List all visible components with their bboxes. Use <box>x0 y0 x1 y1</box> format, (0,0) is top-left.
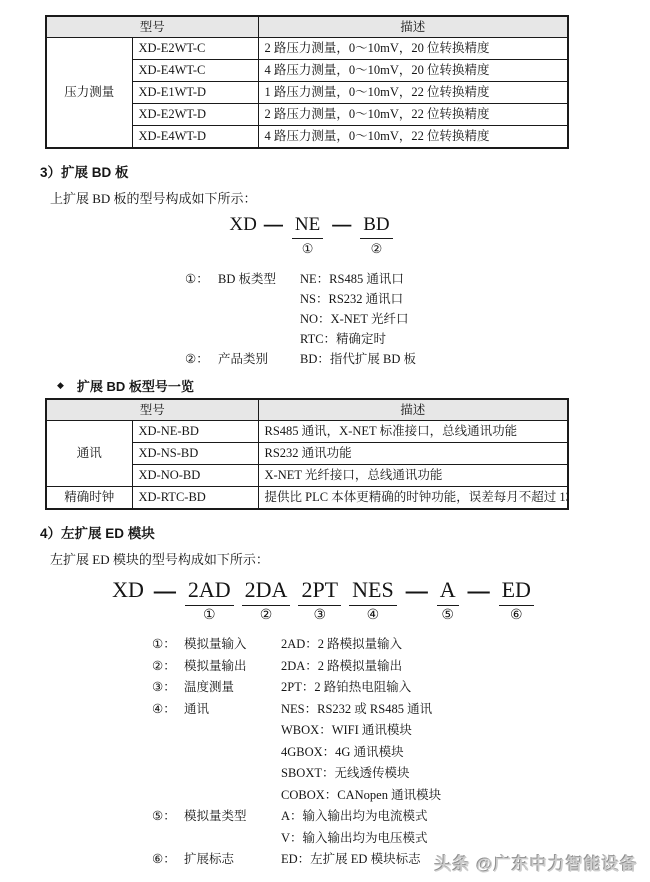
model-segment: ED ⑥ <box>499 576 534 624</box>
note-row: SBOXT：无线透传模块 <box>152 763 650 785</box>
note-value: NS：RS232 通讯口 <box>300 289 650 309</box>
table-row: 通讯 XD-NE-BD RS485 通讯，X-NET 标准接口，总线通讯功能 <box>46 421 568 443</box>
note-value: A：输入输出均为电流模式 <box>281 806 650 828</box>
model-segment: 2DA ② <box>242 576 291 624</box>
segment-number: ④ <box>367 608 380 624</box>
note-label: 产品类别 <box>218 349 300 369</box>
note-row: ①： BD 板类型 NE：RS485 通讯口 <box>185 269 650 289</box>
section-4-heading: 4）左扩展 ED 模块 <box>40 522 650 542</box>
model-segment: NES ④ <box>349 576 397 624</box>
note-number: ①： <box>185 269 218 289</box>
desc-cell: 1 路压力测量，0～10mV，22 位转换精度 <box>258 82 568 104</box>
note-row: WBOX：WIFI 通讯模块 <box>152 720 650 742</box>
note-value: 2DA：2 路模拟量输出 <box>281 656 650 678</box>
note-label: 通讯 <box>184 699 281 721</box>
segment-number: ② <box>260 608 273 624</box>
note-row: ②： 模拟量输出 2DA：2 路模拟量输出 <box>152 656 650 678</box>
note-value: 2AD：2 路模拟量输入 <box>281 634 650 656</box>
section-4-intro: 左扩展 ED 模块的型号构成如下所示： <box>50 549 650 568</box>
pressure-model-table: 型号 描述 压力测量 XD-E2WT-C 2 路压力测量，0～10mV，20 位… <box>45 15 569 149</box>
table-row: 精确时钟 XD-RTC-BD 提供比 PLC 本体更精确的时钟功能，误差每月不超… <box>46 487 568 510</box>
segment-number: ① <box>302 241 314 257</box>
note-value: BD：指代扩展 BD 板 <box>300 349 650 369</box>
segment-text: NES <box>349 576 397 606</box>
note-value: V：输入输出均为电压模式 <box>281 828 650 850</box>
model-dash: — <box>264 209 283 240</box>
desc-cell: 4 路压力测量，0～10mV，22 位转换精度 <box>258 126 568 149</box>
model-dash: — <box>332 209 351 240</box>
segment-text: NE <box>292 213 323 239</box>
model-dash: — <box>468 572 490 608</box>
model-prefix: XD <box>112 576 144 604</box>
model-segment: A ⑤ <box>437 576 459 624</box>
model-segment: NE ① <box>292 213 323 257</box>
note-row: ⑤： 模拟量类型 A：输入输出均为电流模式 <box>152 806 650 828</box>
note-row: RTC：精确定时 <box>185 329 650 349</box>
table-header-row: 型号 描述 <box>46 399 568 421</box>
note-row: 4GBOX：4G 通讯模块 <box>152 742 650 764</box>
note-row: ①： 模拟量输入 2AD：2 路模拟量输入 <box>152 634 650 656</box>
note-row: NS：RS232 通讯口 <box>185 289 650 309</box>
segment-number: ① <box>203 608 216 624</box>
note-value: SBOXT：无线透传模块 <box>281 763 650 785</box>
note-label: 模拟量输出 <box>184 656 281 678</box>
note-value: WBOX：WIFI 通讯模块 <box>281 720 650 742</box>
model-cell: XD-E2WT-D <box>132 104 258 126</box>
category-cell: 压力测量 <box>46 38 132 149</box>
model-cell: XD-NO-BD <box>132 465 258 487</box>
model-cell: XD-NE-BD <box>132 421 258 443</box>
note-number: ⑥： <box>152 849 184 871</box>
note-value: COBOX：CANopen 通讯模块 <box>281 785 650 807</box>
model-cell: XD-E4WT-C <box>132 60 258 82</box>
desc-cell: RS232 通讯功能 <box>258 443 568 465</box>
ed-notes: ①： 模拟量输入 2AD：2 路模拟量输入 ②： 模拟量输出 2DA：2 路模拟… <box>152 634 650 871</box>
note-number: ④： <box>152 699 184 721</box>
segment-text: 2DA <box>242 576 291 606</box>
table-row: 压力测量 XD-E2WT-C 2 路压力测量，0～10mV，20 位转换精度 <box>46 38 568 60</box>
desc-cell: 提供比 PLC 本体更精确的时钟功能，误差每月不超过 13 秒 <box>258 487 568 510</box>
note-number: ①： <box>152 634 184 656</box>
desc-cell: X-NET 光纤接口，总线通讯功能 <box>258 465 568 487</box>
ed-model-diagram: XD — 2AD ① 2DA ② 2PT ③ NES ④ — A ⑤ — ED … <box>112 576 538 624</box>
segment-number: ⑥ <box>510 608 523 624</box>
desc-cell: RS485 通讯，X-NET 标准接口，总线通讯功能 <box>258 421 568 443</box>
note-value: RTC：精确定时 <box>300 329 650 349</box>
table-header-row: 型号 描述 <box>46 16 568 38</box>
desc-cell: 2 路压力测量，0～10mV，20 位转换精度 <box>258 38 568 60</box>
note-row: ②： 产品类别 BD：指代扩展 BD 板 <box>185 349 650 369</box>
note-label: 扩展标志 <box>184 849 281 871</box>
desc-cell: 4 路压力测量，0～10mV，20 位转换精度 <box>258 60 568 82</box>
note-value: NO：X-NET 光纤口 <box>300 309 650 329</box>
model-cell: XD-E2WT-C <box>132 38 258 60</box>
desc-cell: 2 路压力测量，0～10mV，22 位转换精度 <box>258 104 568 126</box>
model-segment: 2AD ① <box>185 576 234 624</box>
model-dash: — <box>406 572 428 608</box>
model-segment: 2PT ③ <box>298 576 341 624</box>
note-label: BD 板类型 <box>218 269 300 289</box>
document-page: 型号 描述 压力测量 XD-E2WT-C 2 路压力测量，0～10mV，20 位… <box>0 0 650 882</box>
note-number: ⑤： <box>152 806 184 828</box>
note-label: 模拟量类型 <box>184 806 281 828</box>
note-label: 温度测量 <box>184 677 281 699</box>
model-cell: XD-E1WT-D <box>132 82 258 104</box>
model-cell: XD-RTC-BD <box>132 487 258 510</box>
column-header-desc: 描述 <box>258 16 568 38</box>
column-header-model: 型号 <box>46 399 258 421</box>
segment-text: 2AD <box>185 576 234 606</box>
model-cell: XD-NS-BD <box>132 443 258 465</box>
note-row: ③： 温度测量 2PT：2 路铂热电阻输入 <box>152 677 650 699</box>
segment-number: ⑤ <box>441 608 454 624</box>
note-row: COBOX：CANopen 通讯模块 <box>152 785 650 807</box>
note-value: 2PT：2 路铂热电阻输入 <box>281 677 650 699</box>
bd-notes: ①： BD 板类型 NE：RS485 通讯口 NS：RS232 通讯口 NO：X… <box>185 269 650 369</box>
section-3-intro: 上扩展 BD 板的型号构成如下所示： <box>50 188 650 207</box>
section-3-heading: 3）扩展 BD 板 <box>40 161 650 181</box>
segment-text: BD <box>360 213 392 239</box>
bd-table-title-text: 扩展 BD 板型号一览 <box>77 376 194 395</box>
note-number: ③： <box>152 677 184 699</box>
note-label: 模拟量输入 <box>184 634 281 656</box>
model-cell: XD-E4WT-D <box>132 126 258 149</box>
column-header-model: 型号 <box>46 16 258 38</box>
note-value: NES：RS232 或 RS485 通讯 <box>281 699 650 721</box>
model-prefix: XD <box>229 213 256 237</box>
note-number: ②： <box>152 656 184 678</box>
segment-text: 2PT <box>298 576 341 606</box>
bd-table-title: ◆ 扩展 BD 板型号一览 <box>57 376 650 395</box>
column-header-desc: 描述 <box>258 399 568 421</box>
note-row: V：输入输出均为电压模式 <box>152 828 650 850</box>
note-row: NO：X-NET 光纤口 <box>185 309 650 329</box>
segment-text: ED <box>499 576 534 606</box>
note-value: 4GBOX：4G 通讯模块 <box>281 742 650 764</box>
note-value: NE：RS485 通讯口 <box>300 269 650 289</box>
model-dash: — <box>154 572 176 608</box>
note-row: ④： 通讯 NES：RS232 或 RS485 通讯 <box>152 699 650 721</box>
bd-model-diagram: XD — NE ① — BD ② <box>229 213 392 257</box>
note-number: ②： <box>185 349 218 369</box>
watermark: 头条 @广东中力智能设备 <box>435 850 638 875</box>
bd-model-table: 型号 描述 通讯 XD-NE-BD RS485 通讯，X-NET 标准接口，总线… <box>45 398 569 510</box>
segment-number: ③ <box>314 608 327 624</box>
segment-number: ② <box>371 241 383 257</box>
segment-text: A <box>437 576 459 606</box>
diamond-bullet-icon: ◆ <box>57 380 64 391</box>
model-segment: BD ② <box>360 213 392 257</box>
category-cell: 通讯 <box>46 421 132 487</box>
category-cell: 精确时钟 <box>46 487 132 510</box>
